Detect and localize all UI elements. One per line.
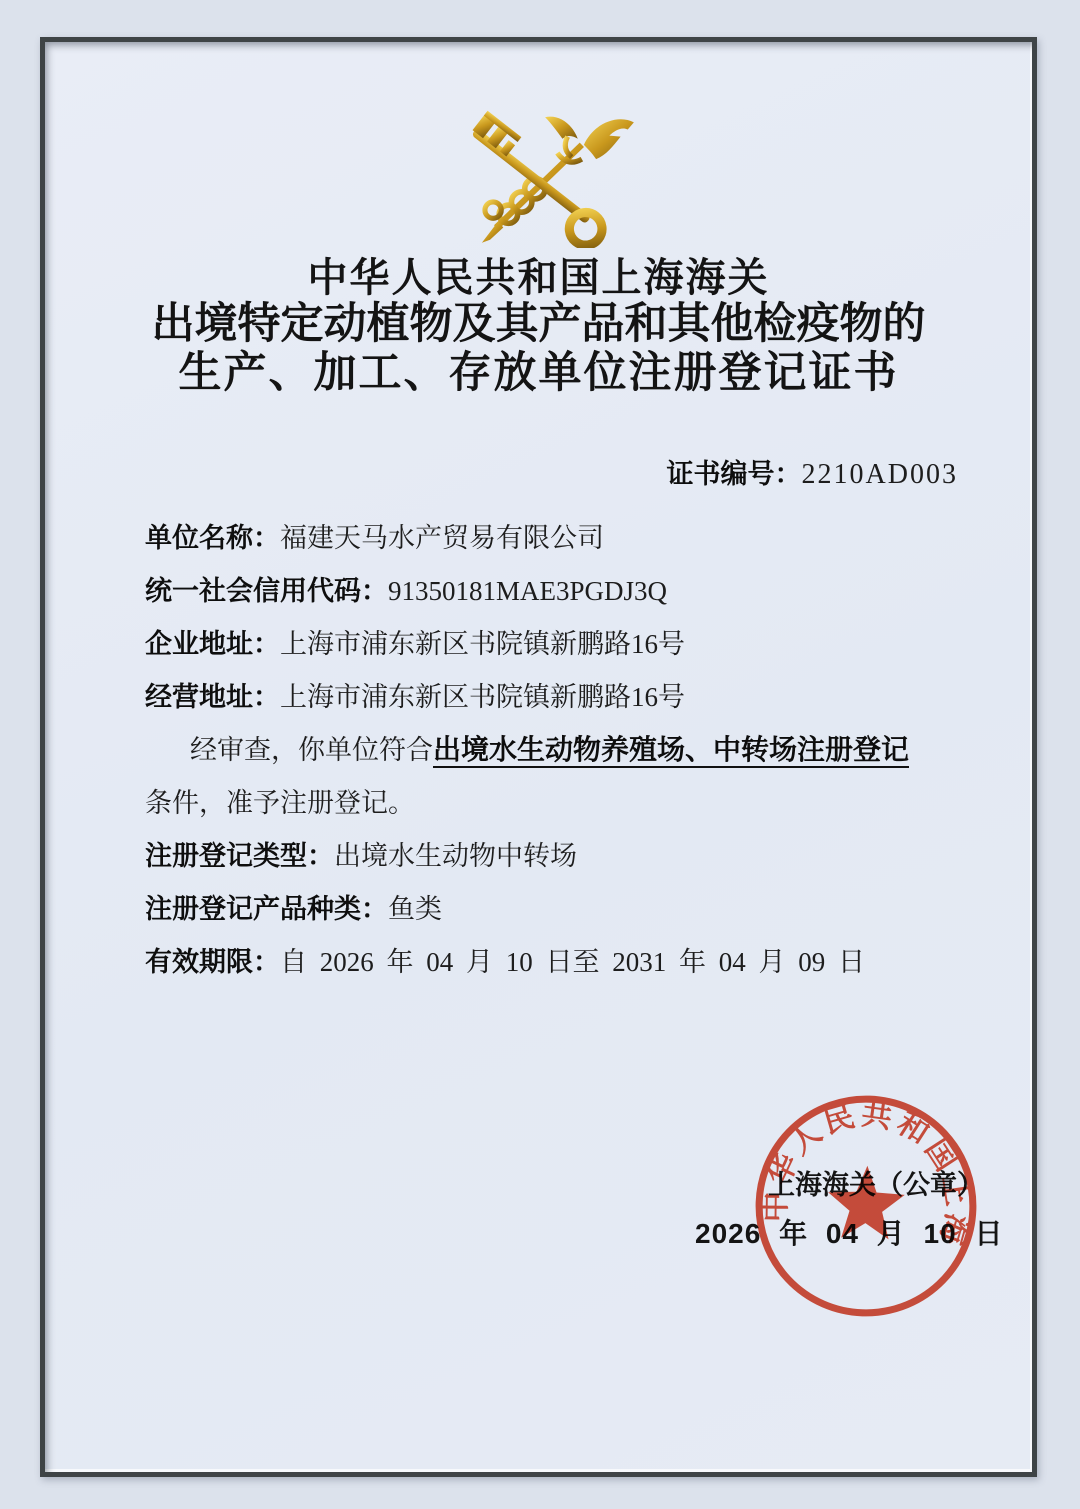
- seal-arc-text-holder: 中华人民共和国上海海关: [741, 1081, 980, 1252]
- field-credit-code: 统一社会信用代码：91350181MAE3PGDJ3Q: [145, 569, 984, 622]
- official-seal: 中华人民共和国上海海关: [741, 1081, 991, 1331]
- field-label: 有效期限：: [145, 947, 280, 977]
- field-value: 出境水生动物中转场: [334, 841, 577, 871]
- field-company-name: 单位名称：福建天马水产贸易有限公司: [145, 516, 984, 569]
- field-label: 注册登记产品种类：: [145, 894, 388, 924]
- field-registration-type: 注册登记类型：出境水生动物中转场: [145, 834, 984, 887]
- approval-statement-line-1: 经审查，你单位符合出境水生动物养殖场、中转场注册登记: [145, 728, 984, 781]
- certificate-page: { "page": { "background_color": "#dce2ec…: [0, 0, 1080, 1509]
- field-label: 企业地址：: [145, 629, 280, 659]
- certificate-number-value: 2210AD003: [802, 459, 958, 490]
- field-label: 经营地址：: [145, 682, 280, 712]
- field-value: 上海市浦东新区书院镇新鹏路16号: [280, 682, 685, 712]
- field-value: 自 2026 年 04 月 10 日至 2031 年 04 月 09 日: [280, 947, 865, 977]
- field-label: 单位名称：: [145, 523, 280, 553]
- approval-prefix: 经审查，你单位符合: [190, 735, 433, 765]
- field-company-address: 企业地址：上海市浦东新区书院镇新鹏路16号: [145, 622, 984, 675]
- field-business-address: 经营地址：上海市浦东新区书院镇新鹏路16号: [145, 675, 984, 728]
- seal-arc-text: 中华人民共和国上海海关: [741, 1081, 980, 1252]
- certificate-paper: 中华人民共和国上海海关 出境特定动植物及其产品和其他检疫物的 生产、加工、存放单…: [40, 37, 1037, 1477]
- customs-emblem-icon: [437, 110, 641, 248]
- certificate-body: 单位名称：福建天马水产贸易有限公司 统一社会信用代码：91350181MAE3P…: [145, 516, 984, 993]
- field-value: 鱼类: [388, 894, 442, 924]
- approval-highlight: 出境水生动物养殖场、中转场注册登记: [433, 734, 909, 768]
- field-label: 注册登记类型：: [145, 841, 334, 871]
- approval-statement-line-2: 条件，准予注册登记。: [145, 781, 984, 834]
- certificate-number: 证书编号：2210AD003: [667, 452, 958, 491]
- field-value: 91350181MAE3PGDJ3Q: [388, 576, 667, 606]
- field-value: 福建天马水产贸易有限公司: [280, 523, 604, 553]
- approval-suffix: 条件，准予注册登记。: [145, 788, 415, 818]
- title-line-1: 中华人民共和国上海海关: [45, 254, 1032, 301]
- seal-star-icon: [827, 1164, 906, 1240]
- field-product-category: 注册登记产品种类：鱼类: [145, 887, 984, 940]
- certificate-title: 中华人民共和国上海海关 出境特定动植物及其产品和其他检疫物的 生产、加工、存放单…: [45, 254, 1032, 398]
- field-label: 统一社会信用代码：: [145, 576, 388, 606]
- title-line-3: 生产、加工、存放单位注册登记证书: [45, 349, 1032, 398]
- field-validity-period: 有效期限：自 2026 年 04 月 10 日至 2031 年 04 月 09 …: [145, 940, 984, 993]
- field-value: 上海市浦东新区书院镇新鹏路16号: [280, 629, 685, 659]
- title-line-2: 出境特定动植物及其产品和其他检疫物的: [45, 301, 1032, 349]
- certificate-number-label: 证书编号：: [667, 459, 802, 489]
